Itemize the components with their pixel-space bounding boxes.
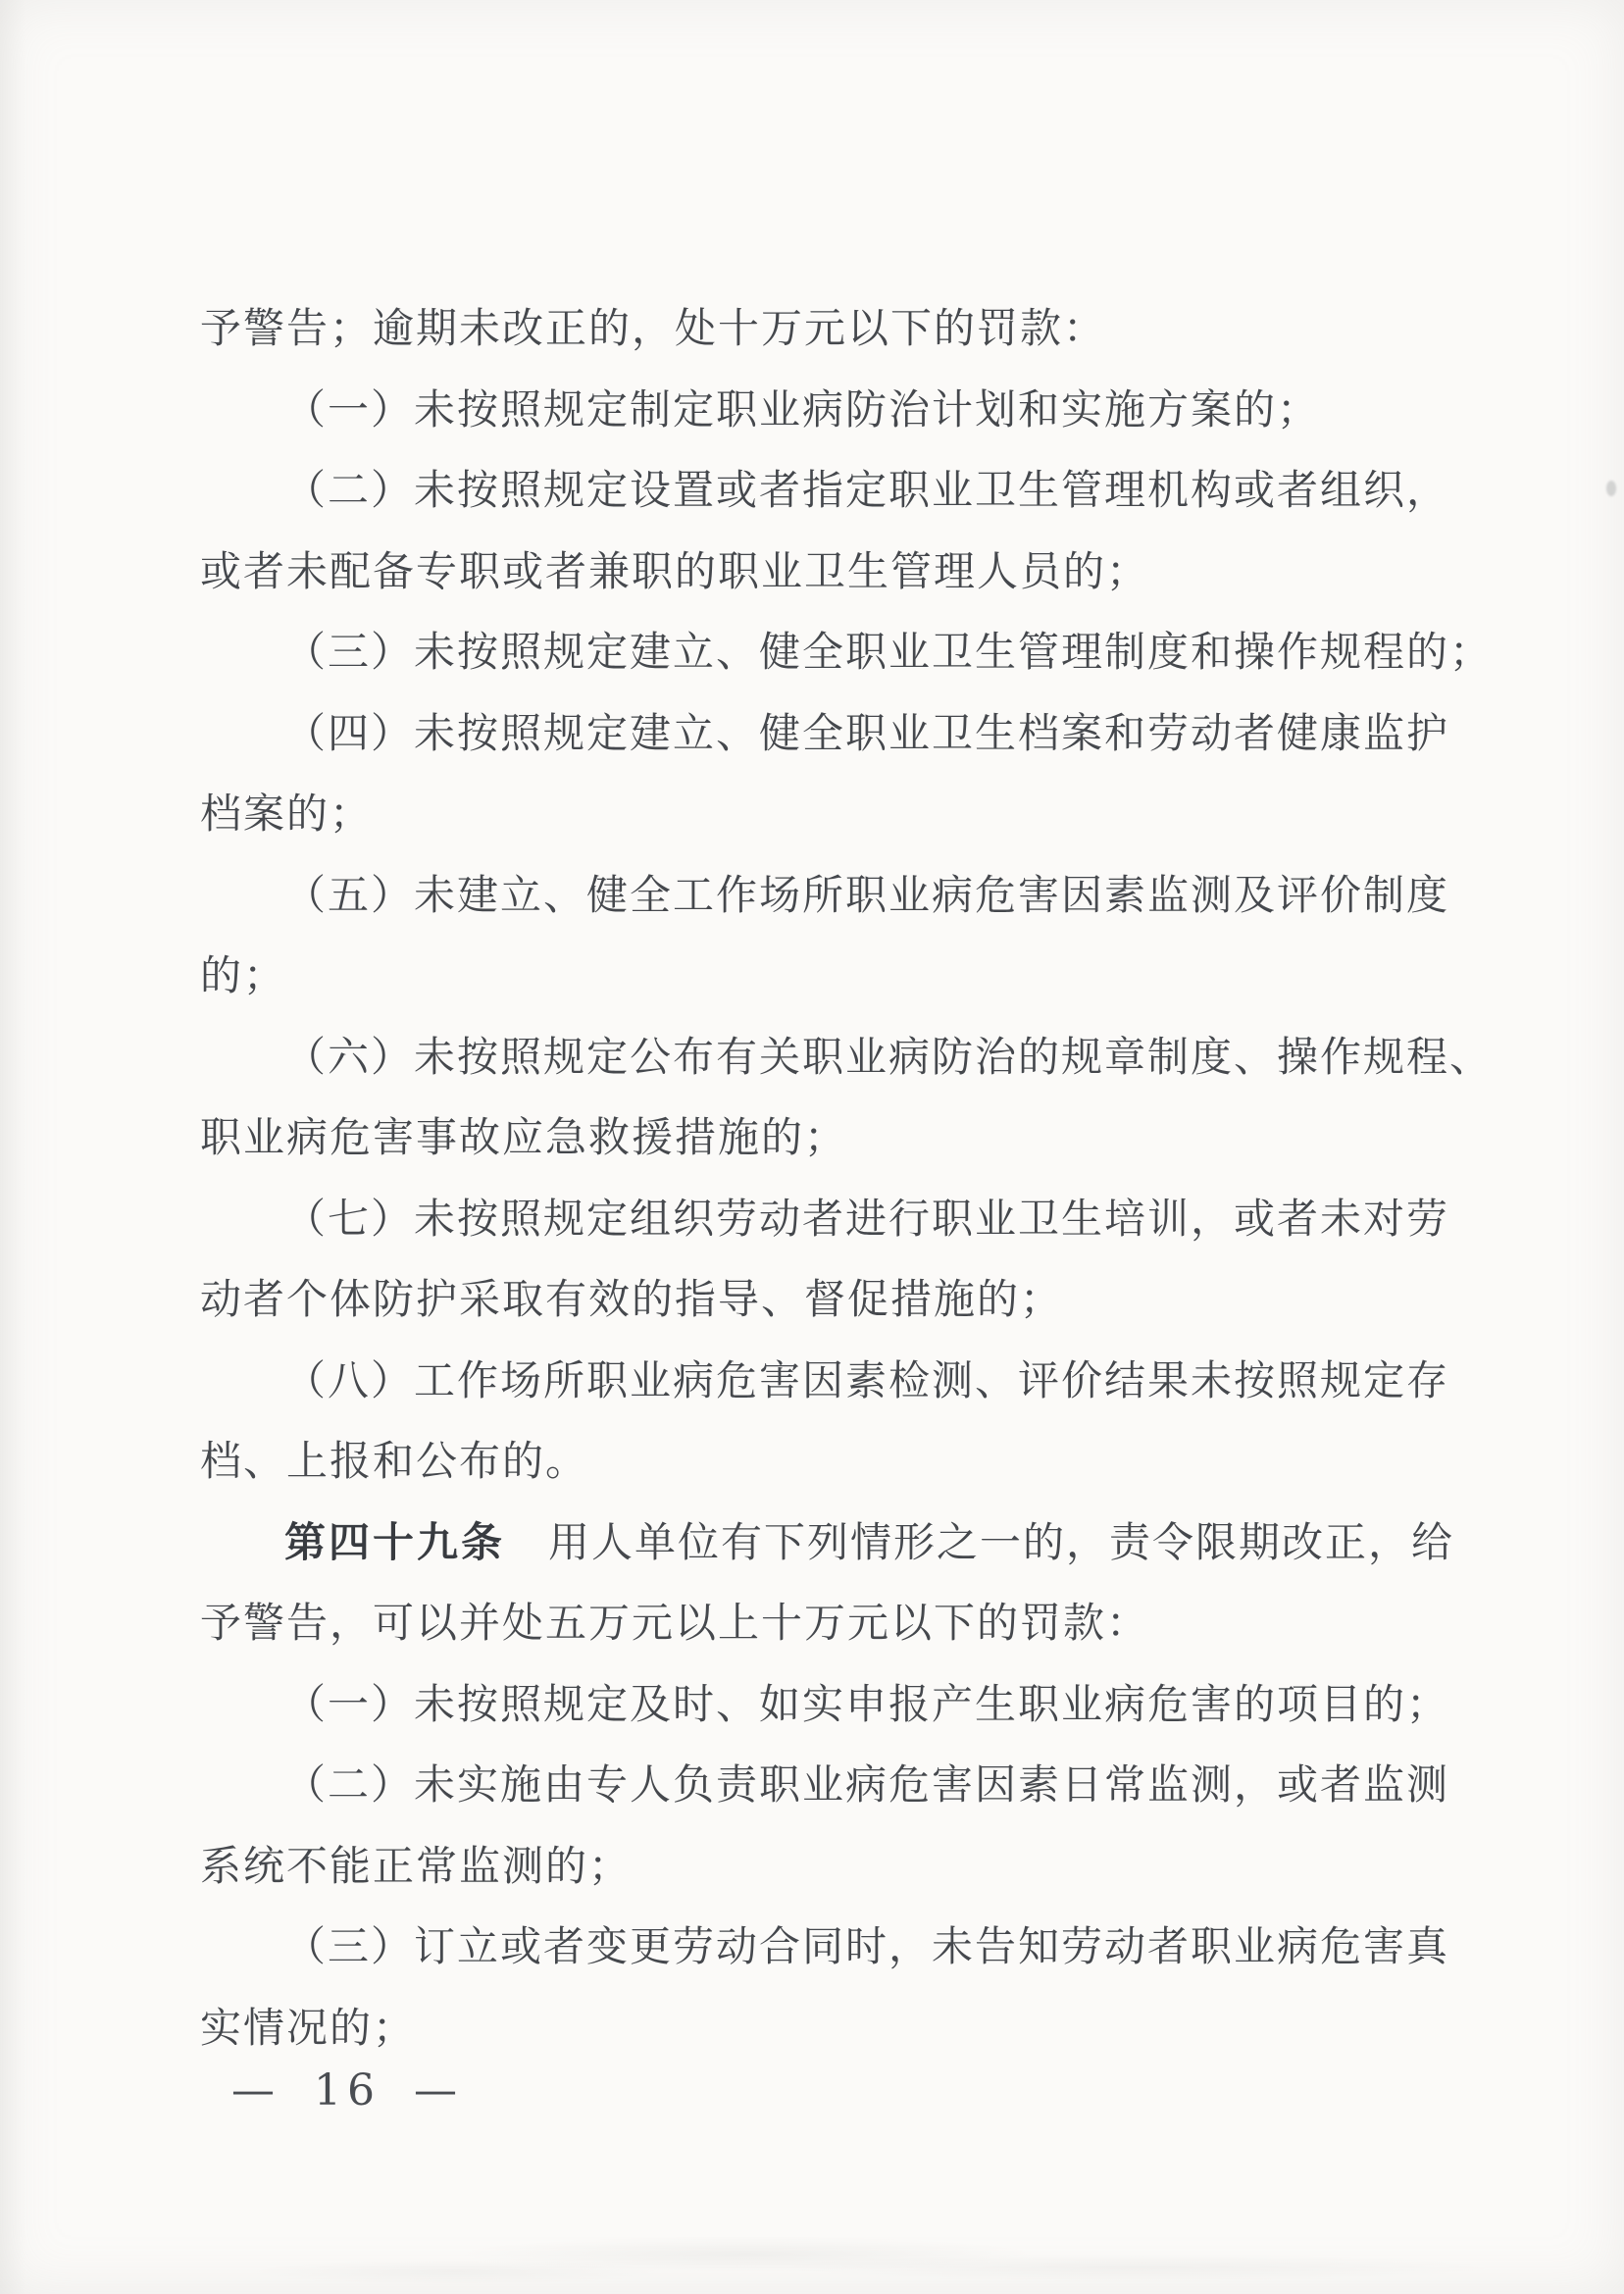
- text-line: （七）未按照规定组织劳动者进行职业卫生培训，或者未对劳: [200, 1179, 1424, 1260]
- text-line: （二）未实施由专人负责职业病危害因素日常监测，或者监测: [200, 1745, 1424, 1826]
- text-line: （一）未按照规定制定职业病防治计划和实施方案的；: [200, 370, 1424, 451]
- text-line: 或者未配备专职或者兼职的职业卫生管理人员的；: [200, 532, 1424, 613]
- text-line: 档案的；: [200, 774, 1424, 855]
- text-line-article-49: 第四十九条 用人单位有下列情形之一的，责令限期改正，给: [200, 1503, 1424, 1584]
- text-line: 职业病危害事故应急救援措施的；: [200, 1097, 1424, 1179]
- text-line: 系统不能正常监测的；: [200, 1826, 1424, 1908]
- text-line: （一）未按照规定及时、如实申报产生职业病危害的项目的；: [200, 1664, 1424, 1746]
- text-line: （五）未建立、健全工作场所职业病危害因素监测及评价制度: [200, 855, 1424, 937]
- text-line: 动者个体防护采取有效的指导、督促措施的；: [200, 1259, 1424, 1341]
- text-line: 档、上报和公布的。: [200, 1421, 1424, 1503]
- text-line: （二）未按照规定设置或者指定职业卫生管理机构或者组织，: [200, 450, 1424, 532]
- text-line: 予警告；逾期未改正的，处十万元以下的罚款：: [200, 288, 1424, 370]
- article-49-body: 用人单位有下列情形之一的，责令限期改正，给: [505, 1518, 1454, 1566]
- scan-artifact-bottom-texture: [0, 2206, 1624, 2294]
- scan-artifact-dot: [1606, 481, 1616, 496]
- text-line: （三）未按照规定建立、健全职业卫生管理制度和操作规程的；: [200, 612, 1424, 693]
- text-line: 实情况的；: [200, 1988, 1424, 2069]
- text-line: （四）未按照规定建立、健全职业卫生档案和劳动者健康监护: [200, 693, 1424, 775]
- text-line: （三）订立或者变更劳动合同时，未告知劳动者职业病危害真: [200, 1907, 1424, 1988]
- text-line: 予警告，可以并处五万元以上十万元以下的罚款：: [200, 1583, 1424, 1664]
- document-body: 予警告；逾期未改正的，处十万元以下的罚款： （一）未按照规定制定职业病防治计划和…: [200, 288, 1424, 2068]
- page-number: — 16 —: [231, 2065, 463, 2116]
- text-line: 的；: [200, 936, 1424, 1017]
- scan-artifact-left-edge: [0, 0, 25, 2294]
- text-line: （六）未按照规定公布有关职业病防治的规章制度、操作规程、: [200, 1017, 1424, 1098]
- text-line: （八）工作场所职业病危害因素检测、评价结果未按照规定存: [200, 1341, 1424, 1422]
- article-49-heading: 第四十九条: [284, 1518, 505, 1566]
- scanned-page: 予警告；逾期未改正的，处十万元以下的罚款： （一）未按照规定制定职业病防治计划和…: [0, 0, 1624, 2294]
